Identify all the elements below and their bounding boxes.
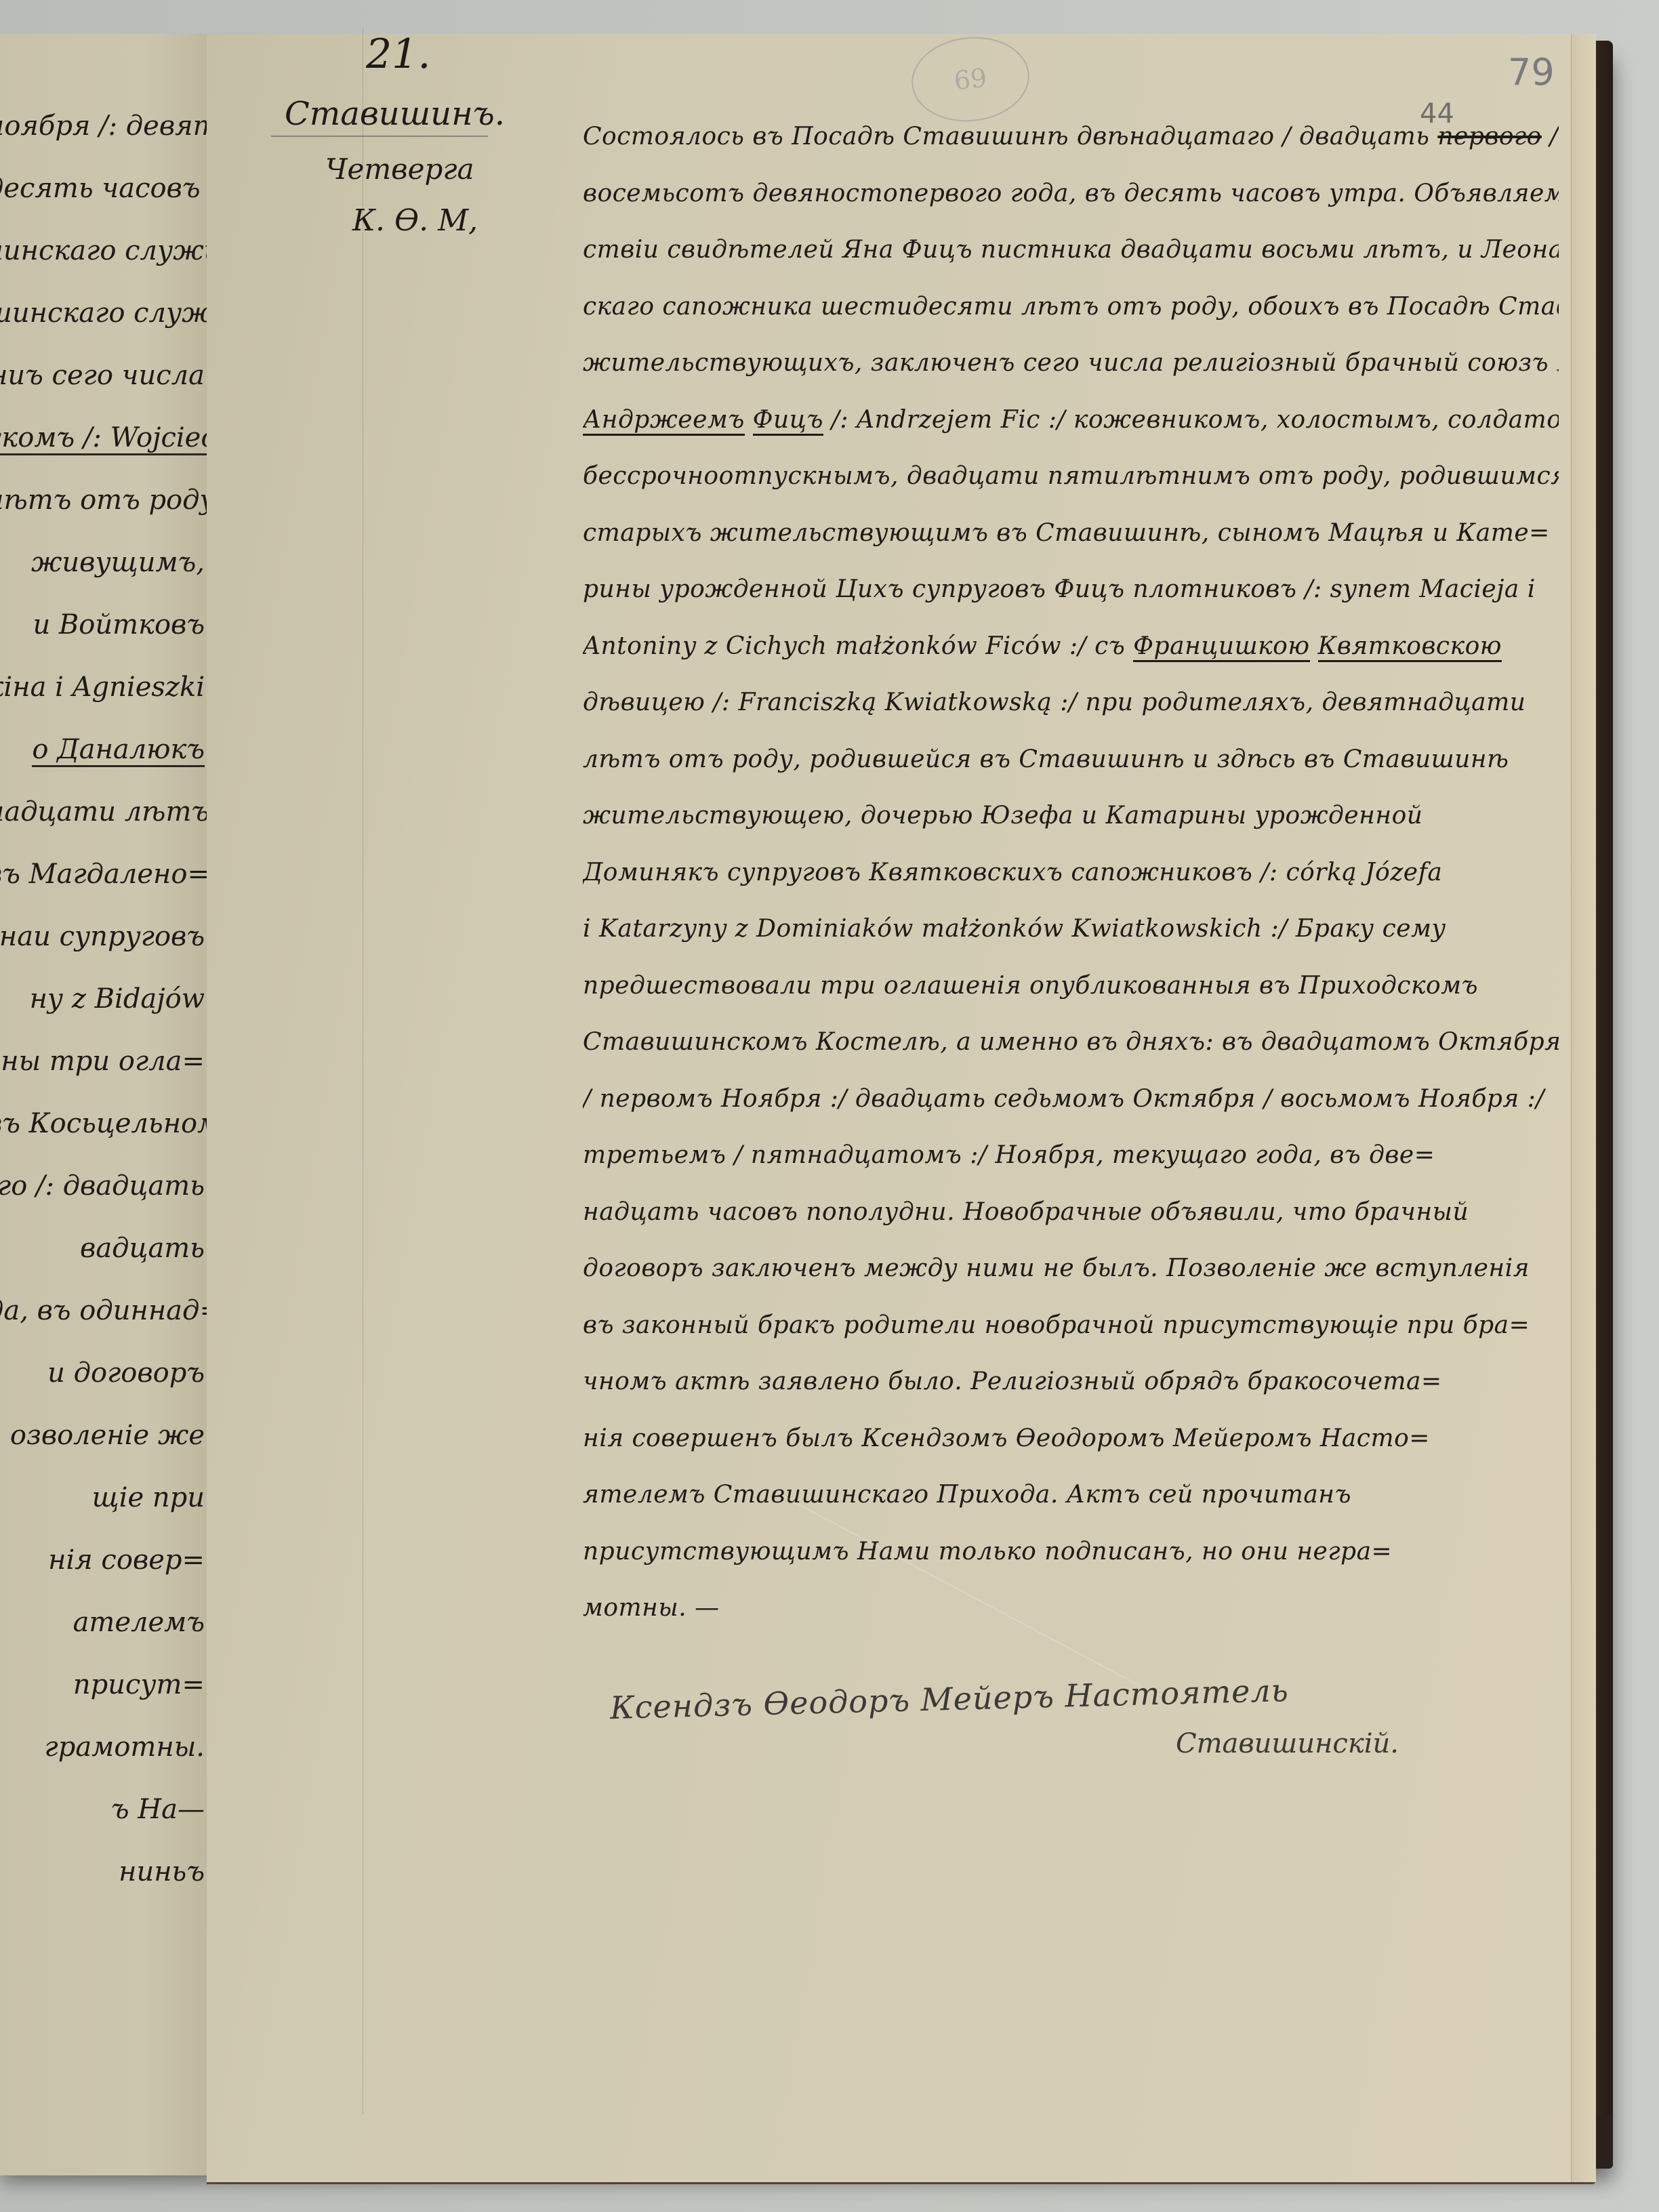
left-page-line-text: въ Косьцельномъ — [0, 1108, 210, 1139]
underlined-name: Андржеемъ — [583, 406, 745, 436]
margin-initials: К. Ѳ. М, — [352, 203, 478, 238]
left-page-line: десять часовъ утра. — [0, 157, 210, 220]
left-page-line-text: и договоръ — [47, 1357, 205, 1389]
struck-word: первого — [1437, 123, 1542, 150]
left-page-line: нiя совер= — [0, 1529, 210, 1591]
record-line: Состоялось въ Посадѣ Ставишинѣ двѣнадцат… — [583, 108, 1559, 165]
record-body: Состоялось въ Посадѣ Ставишинѣ двѣнадцат… — [583, 108, 1559, 1637]
record-line: предшествовали три оглашенiя опубликован… — [583, 958, 1559, 1015]
left-page-line: ну z Bidajów — [0, 968, 210, 1030]
margin-place-name: Ставишинъ. — [285, 95, 505, 133]
record-line: третьемъ / пятнадцатомъ :/ Ноября, текущ… — [583, 1127, 1559, 1184]
left-page-line-text: вадцать — [80, 1233, 205, 1264]
underlined-name: Квятковскою — [1318, 632, 1502, 662]
left-page-line-text: чинскаго служителя — [0, 235, 210, 266]
record-line: дѣвицею /: Franciszką Kwiatkowską :/ при… — [583, 674, 1559, 731]
left-page-line: въ Косьцельномъ — [0, 1092, 210, 1155]
record-line: i Katarzyny z Dominiaków małżonków Kwiat… — [583, 901, 1559, 958]
left-page-line-text: да, въ одиннад= — [0, 1295, 210, 1326]
record-line: ятелемъ Ставишинскаго Прихода. Актъ сей … — [583, 1467, 1559, 1523]
left-page-line: наи супруговъ — [0, 905, 210, 968]
record-line: скаго сапожника шестидесяти лѣтъ отъ род… — [583, 279, 1559, 335]
left-page-line-text: и Войтковъ — [33, 609, 205, 640]
left-page-line-text: кiна i Agnieszki — [0, 672, 205, 703]
left-page-line: да, въ одиннад= — [0, 1279, 210, 1342]
left-page-line: ниъ сего числа — [0, 344, 210, 407]
record-line: бессрочноотпускнымъ, двадцати пятилѣтним… — [583, 448, 1559, 505]
left-page-line: кiна i Agnieszki — [0, 656, 210, 718]
signature-title: Ставишинскiй. — [1176, 1728, 1399, 1759]
left-page-line-text: озволенiе же — [10, 1420, 205, 1451]
left-page-line: ноября /: девятаго — [0, 95, 210, 157]
left-page-line-text: ноября /: девятаго — [0, 110, 210, 142]
left-page-line-text: скомъ /: Wojciechem — [0, 422, 210, 455]
left-page-line-text: живущимъ, — [31, 547, 205, 578]
record-line: / первомъ Ноября :/ двадцать седьмомъ Ок… — [583, 1071, 1559, 1128]
left-page-line-text: ъ На— — [111, 1794, 205, 1825]
record-line: Antoniny z Cichych małżonków Ficów :/ съ… — [583, 618, 1559, 675]
left-page-line-text: ателемъ — [73, 1607, 205, 1638]
record-line: договоръ заключенъ между ними не былъ. П… — [583, 1240, 1559, 1297]
record-line: Андржеемъ Фицъ /: Andrzejem Fic :/ кожев… — [583, 392, 1559, 449]
record-line: Ставишинскомъ Костелѣ, а именно въ дняхъ… — [583, 1014, 1559, 1071]
left-page-line: ниньъ — [0, 1841, 210, 1903]
left-page-line: вадцать — [0, 1217, 210, 1279]
left-page-text: ноября /: девятагодесять часовъ утра.чин… — [0, 95, 210, 1903]
margin-day-of-week: Четверга — [325, 152, 474, 186]
record-line: лѣтъ отъ роду, родившейся въ Ставишинѣ и… — [583, 731, 1559, 788]
left-page-line: грамотны. — [0, 1716, 210, 1778]
record-line: Доминякъ супруговъ Квятковскихъ сапожник… — [583, 844, 1559, 901]
left-page: ноября /: девятагодесять часовъ утра.чин… — [0, 34, 208, 2175]
stamp-number: 69 — [953, 63, 989, 96]
underlined-name: Фицъ — [753, 406, 823, 436]
entry-number: 21. — [366, 30, 430, 78]
record-line: нiя совершенъ былъ Ксендзомъ Ѳеодоромъ М… — [583, 1410, 1559, 1467]
left-page-line: и договоръ — [0, 1342, 210, 1404]
left-page-line: щiе при — [0, 1467, 210, 1529]
record-line: старыхъ жительствующимъ въ Ставишинѣ, сы… — [583, 505, 1559, 562]
left-page-line-text: присут= — [73, 1669, 205, 1700]
record-line: ствiи свидѣтелей Яна Фицъ пистника двадц… — [583, 222, 1559, 279]
left-page-line: живущимъ, — [0, 531, 210, 594]
folio-number: 79 — [1508, 51, 1555, 94]
left-page-line-text: грамотны. — [45, 1732, 205, 1763]
left-page-line-text: шинскаго служителя — [0, 298, 210, 329]
record-line: надцать часовъ пополудни. Новобрачные об… — [583, 1184, 1559, 1241]
left-page-line: ны три огла= — [0, 1030, 210, 1092]
record-line: жительствующихъ, заключенъ сего числа ре… — [583, 335, 1559, 392]
left-page-line-text: въ Магдалено= — [0, 859, 210, 890]
left-page-line-text: го /: двадцать — [0, 1170, 205, 1202]
left-page-line: ъ На— — [0, 1778, 210, 1841]
left-page-line: о Даналюкъ — [0, 718, 210, 781]
record-line: жительствующею, дочерью Юзефа и Катарины… — [583, 787, 1559, 844]
left-page-line-text: ниъ сего числа — [0, 360, 205, 391]
left-page-line-text: о Даналюкъ — [32, 734, 205, 767]
left-page-line-text: надцати лѣтъ — [0, 796, 209, 827]
left-page-line-text: наи супруговъ — [0, 921, 205, 952]
left-page-line-text: ниньъ — [119, 1856, 205, 1887]
left-page-line: шинскаго служителя — [0, 282, 210, 344]
left-page-line: чинскаго служителя — [0, 220, 210, 282]
left-page-line-text: лѣтъ отъ роду, — [0, 485, 210, 516]
left-page-line: лѣтъ отъ роду, — [0, 469, 210, 531]
left-page-line: ателемъ — [0, 1591, 210, 1654]
left-page-line: го /: двадцать — [0, 1155, 210, 1217]
record-line: въ законный бракъ родители новобрачной п… — [583, 1297, 1559, 1354]
left-page-line-text: ну z Bidajów — [30, 983, 205, 1015]
record-line: чномъ актѣ заявлено было. Религiозный об… — [583, 1353, 1559, 1410]
record-line: рины урожденной Цихъ супруговъ Фицъ плот… — [583, 561, 1559, 618]
record-line: присутствующимъ Нами только подписанъ, н… — [583, 1523, 1559, 1580]
left-page-line: скомъ /: Wojciechem — [0, 407, 210, 469]
left-page-line-text: нiя совер= — [48, 1544, 205, 1576]
left-page-line: присут= — [0, 1654, 210, 1716]
left-page-line: надцати лѣтъ — [0, 781, 210, 843]
left-page-line-text: ны три огла= — [1, 1046, 205, 1077]
left-page-line: въ Магдалено= — [0, 843, 210, 905]
left-page-line: и Войтковъ — [0, 594, 210, 656]
margin-underline — [271, 136, 488, 137]
page-edge — [1571, 34, 1596, 2182]
left-page-line: озволенiе же — [0, 1404, 210, 1467]
record-line: восемьсотъ девяностопервого года, въ дес… — [583, 165, 1559, 222]
underlined-name: Францишкою — [1133, 632, 1309, 662]
left-page-line-text: десять часовъ утра. — [0, 173, 210, 204]
left-page-line-text: щiе при — [92, 1482, 205, 1513]
margin-rule — [363, 27, 363, 2114]
